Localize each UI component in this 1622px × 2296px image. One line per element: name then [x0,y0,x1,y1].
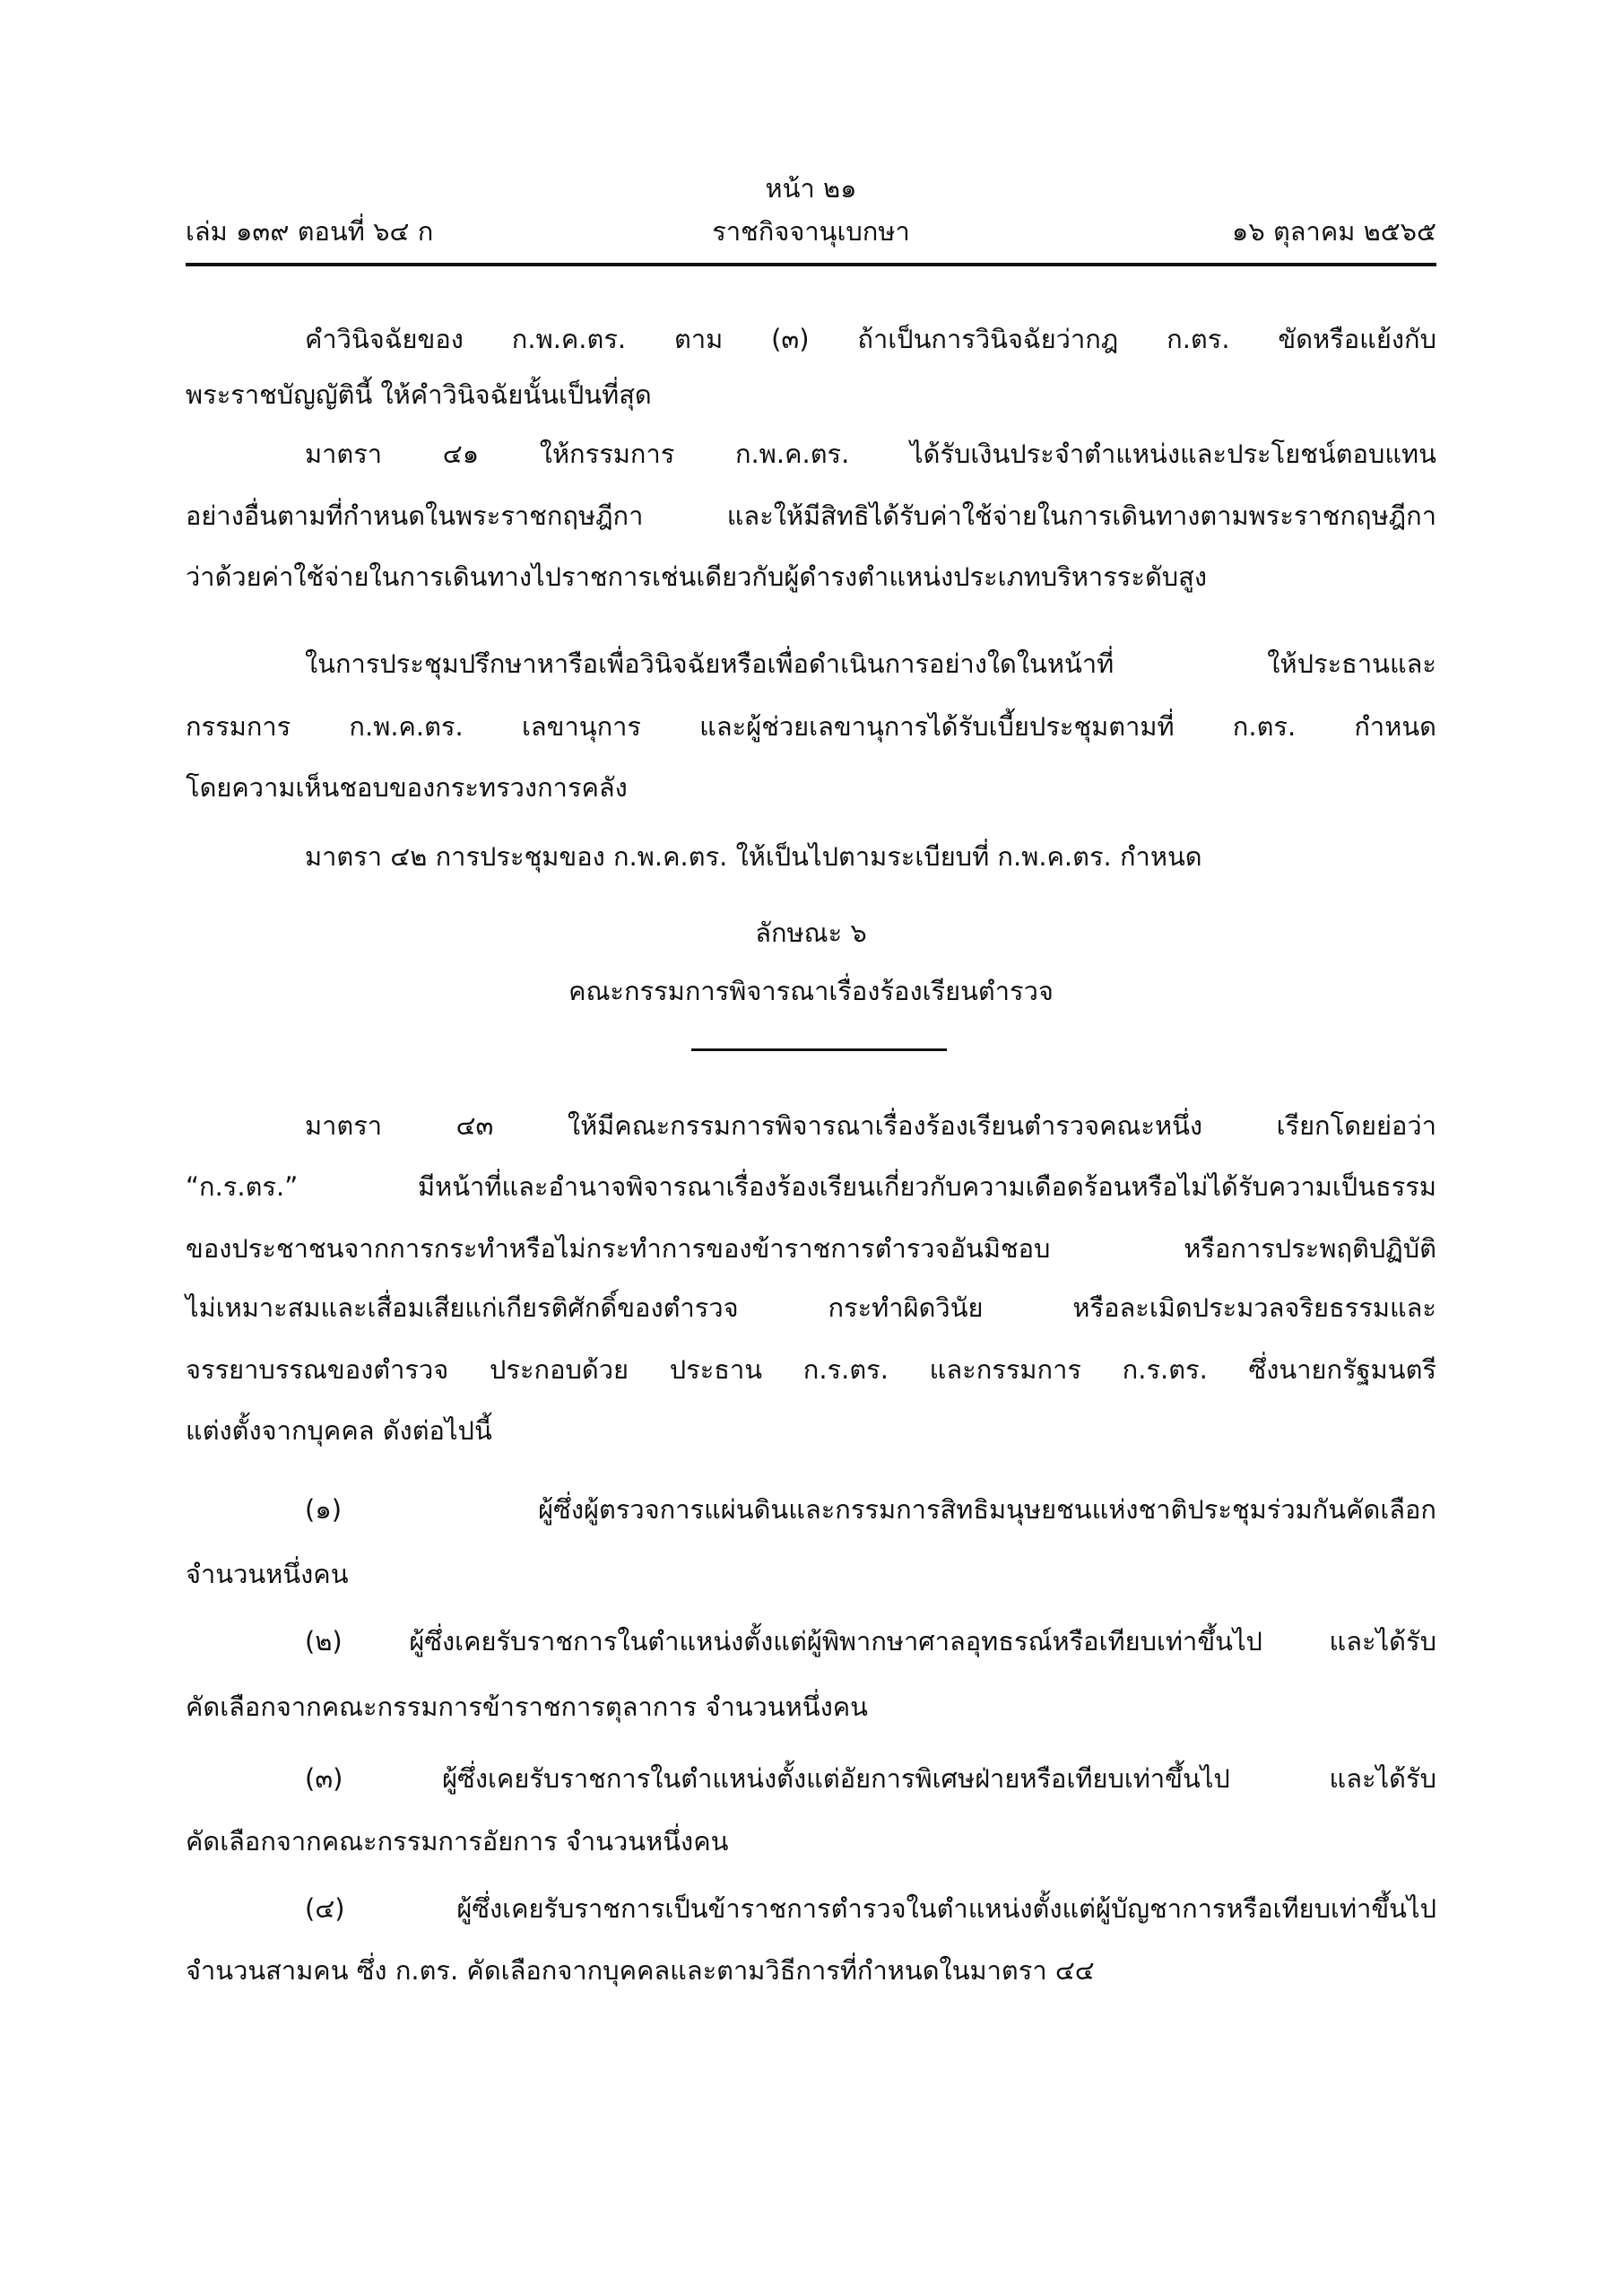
list-item-1-cont: จำนวนหนึ่งคน [186,1556,1436,1592]
header-rule [186,263,1436,266]
chapter-label: ลักษณะ ๖ [0,915,1622,951]
chapter-rule [691,1048,947,1051]
section-41-para2-line: ในการประชุมปรึกษาหารือเพื่อวินิจฉัยหรือเ… [305,646,1436,682]
section-42-line: มาตรา ๔๒ การประชุมของ ก.พ.ค.ตร. ให้เป็นไ… [305,839,1436,874]
list-item-2: (๒) ผู้ซึ่งเคยรับราชการในตำแหน่งตั้งแต่ผ… [305,1623,1436,1659]
list-item-3-cont: คัดเลือกจากคณะกรรมการอัยการ จำนวนหนึ่งคน [186,1823,1436,1859]
section-41-para2-line: โดยความเห็นชอบของกระทรวงการคลัง [186,770,1436,805]
list-item-2-cont: คัดเลือกจากคณะกรรมการข้าราชการตุลาการ จำ… [186,1689,1436,1725]
section-43-line: แต่งตั้งจากบุคคล ดังต่อไปนี้ [186,1413,1436,1448]
section-43-line: ไม่เหมาะสมและเสื่อมเสียแก่เกียรติศักดิ์ข… [186,1290,1436,1326]
paragraph-line: พระราชบัญญัตินี้ ให้คำวินิจฉัยนั้นเป็นที… [186,377,1436,413]
section-41-line: มาตรา ๔๑ ให้กรรมการ ก.พ.ค.ตร. ได้รับเงิน… [305,436,1436,472]
section-41-line: อย่างอื่นตามที่กำหนดในพระราชกฤษฎีกา และใ… [186,498,1436,534]
section-43-line: จรรยาบรรณของตำรวจ ประกอบด้วย ประธาน ก.ร.… [186,1352,1436,1387]
section-41-para2-line: กรรมการ ก.พ.ค.ตร. เลขานุการ และผู้ช่วยเล… [186,709,1436,744]
list-item-3: (๓) ผู้ซึ่งเคยรับราชการในตำแหน่งตั้งแต่อ… [305,1761,1436,1796]
section-41-line: ว่าด้วยค่าใช้จ่ายในการเดินทางไปราชการเช่… [186,559,1436,595]
list-item-4: (๔) ผู้ซึ่งเคยรับราชการเป็นข้าราชการตำรว… [305,1891,1436,1926]
section-43-line: มาตรา ๔๓ ให้มีคณะกรรมการพิจารณาเรื่องร้อ… [305,1108,1436,1144]
paragraph-line: คำวินิจฉัยของ ก.พ.ค.ตร. ตาม (๓) ถ้าเป็นก… [305,321,1436,357]
chapter-title: คณะกรรมการพิจารณาเรื่องร้องเรียนตำรวจ [0,973,1622,1009]
list-item-1: (๑) ผู้ซึ่งผู้ตรวจการแผ่นดินและกรรมการสิ… [305,1492,1436,1527]
section-43-line: “ก.ร.ตร.” มีหน้าที่และอำนาจพิจารณาเรื่อง… [186,1169,1436,1205]
section-43-line: ของประชาชนจากการกระทำหรือไม่กระทำการของข… [186,1231,1436,1266]
page-number: หน้า ๒๑ [0,170,1622,206]
publication-date: ๑๖ ตุลาคม ๒๕๖๕ [1232,213,1436,249]
list-item-4-cont: จำนวนสามคน ซึ่ง ก.ตร. คัดเลือกจากบุคคลแล… [186,1952,1436,1988]
